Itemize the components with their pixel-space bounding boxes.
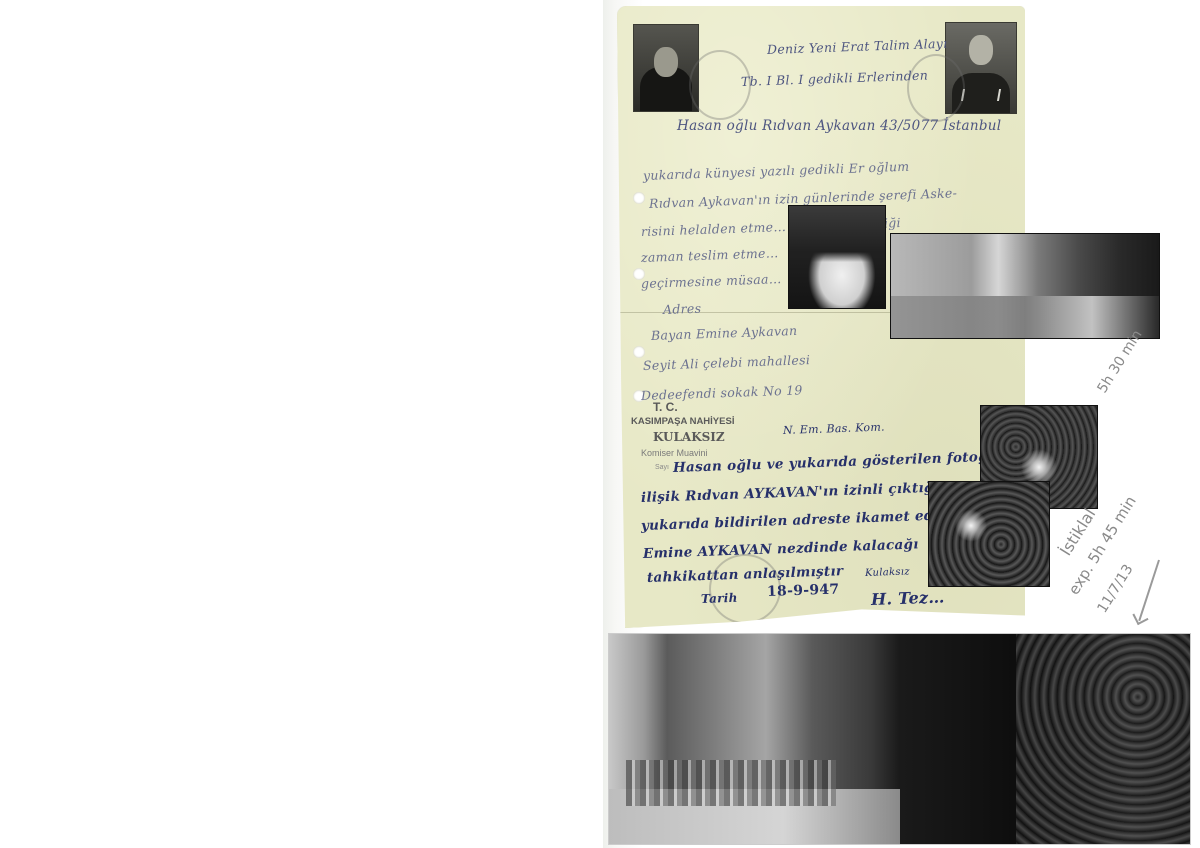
signature: H. Tez… xyxy=(871,587,945,609)
note-line: Emine AYKAVAN nezdinde kalacağı xyxy=(643,536,919,562)
note-header: N. Em. Bas. Kom. xyxy=(783,420,885,437)
body-line: geçirmesine müsaa… xyxy=(641,271,782,291)
body-line: yukarıda künyesi yazılı gedikli Er oğlum xyxy=(643,159,910,183)
body-line: zaman teslim etme… xyxy=(641,245,779,265)
date-value: 18-9-947 xyxy=(767,581,840,600)
note-line: yukarıda bildirilen adreste ikamet eden xyxy=(641,507,953,534)
panorama-photo xyxy=(608,633,1191,845)
address-line: Seyit Ali çelebi mahallesi xyxy=(643,352,811,373)
place-label: Kulaksız xyxy=(865,566,910,579)
punch-hole xyxy=(633,192,645,204)
portrait-left xyxy=(633,24,699,112)
photo-sunlit-leaves xyxy=(928,481,1050,587)
stamp-line-3: KULAKSIZ xyxy=(653,430,725,444)
name-line: Hasan oğlu Rıdvan Aykavan 43/5077 İstanb… xyxy=(677,118,1001,134)
stamp-line-5: Sayı xyxy=(655,464,669,471)
stamp-circle xyxy=(907,54,965,122)
photo-street xyxy=(890,233,1160,339)
date-label: Tarih xyxy=(701,591,738,606)
header-line-2: Tb. I Bl. I gedikli Erlerinden xyxy=(741,67,929,89)
header-line-1: Deniz Yeni Erat Talim Alayı xyxy=(767,36,948,57)
note-line: Hasan oğlu ve yukarıda gösterilen fotoğr… xyxy=(673,448,1016,476)
punch-hole xyxy=(633,346,645,358)
stamp-line-1: T. C. xyxy=(653,400,678,414)
stamp-line-4: Komiser Muavini xyxy=(641,448,708,458)
address-label: Adres xyxy=(663,301,702,317)
stamp-line-2: KASIMPAŞA NAHİYESİ xyxy=(631,416,734,427)
address-line: Bayan Emine Aykavan xyxy=(651,323,798,343)
photo-snow xyxy=(788,205,886,309)
